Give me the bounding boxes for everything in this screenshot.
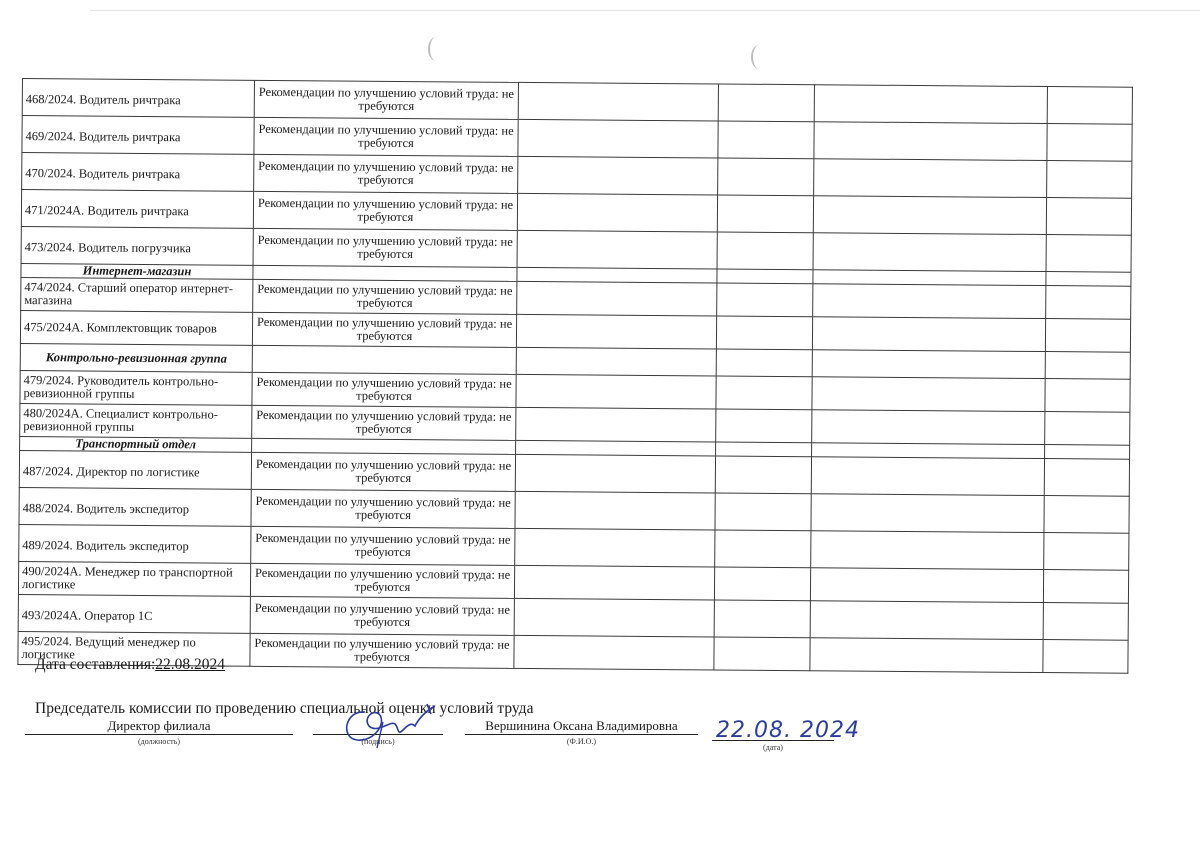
empty-cell [812,317,1045,352]
position-cell: 468/2024. Водитель ричтрака [22,79,254,118]
signature-caption: (подпись) [313,737,443,746]
full-name-caption: (Ф.И.О.) [465,737,698,746]
empty-cell [814,85,1047,124]
recommendation-cell: Рекомендации по улучшению условий труда:… [254,117,518,156]
recommendation-cell: Рекомендации по улучшению условий труда:… [251,489,515,528]
empty-cell [1047,87,1132,125]
empty-cell [516,314,716,349]
empty-cell [515,491,715,530]
empty-cell [1044,496,1129,534]
empty-cell [717,195,813,233]
empty-cell [1046,286,1131,320]
recommendation-cell: Рекомендации по улучшению условий труда:… [254,80,518,119]
position-cell: 487/2024. Директор по логистике [19,450,251,489]
empty-cell [813,196,1046,235]
empty-cell [814,159,1047,198]
empty-cell [810,601,1043,640]
empty-cell [515,454,715,493]
empty-cell [1046,235,1131,273]
empty-cell [515,528,715,567]
recommendation-cell: Рекомендации по улучшению условий труда:… [252,372,516,407]
recommendation-cell: Рекомендации по улучшению условий труда:… [250,596,514,635]
empty-cell [518,119,718,158]
empty-cell [517,267,717,283]
empty-cell [514,635,714,670]
position-cell: 493/2024А. Оператор 1С [18,594,250,633]
position-field: Директор филиала [25,718,293,735]
empty-cell [1043,640,1128,674]
empty-cell [516,347,716,376]
empty-cell [714,567,810,601]
empty-cell [1045,445,1130,460]
empty-cell [716,349,812,377]
empty-cell [714,600,810,638]
position-cell: 474/2024. Старший оператор интернет-мага… [21,277,253,312]
position-cell: 490/2024А. Менеджер по транспортной логи… [18,561,250,596]
empty-cell [516,407,716,442]
empty-cell [716,442,812,457]
empty-cell [812,410,1045,445]
empty-cell [1047,124,1132,162]
full-name-field: Вершинина Оксана Владимировна [465,718,698,735]
empty-cell [716,376,812,410]
position-caption: (должность) [25,737,293,746]
empty-cell [716,409,812,443]
empty-cell [1046,198,1131,236]
empty-cell [1044,459,1129,497]
empty-cell [810,568,1043,603]
empty-cell [1045,319,1130,353]
empty-cell [518,82,718,121]
punch-hole [428,37,444,61]
empty-cell [715,530,811,568]
assessment-table-container: 468/2024. Водитель ричтракаРекомендации … [17,78,1137,674]
commission-chair-label: Председатель комиссии по проведению спец… [35,700,533,718]
empty-cell [811,531,1044,570]
recommendation-cell: Рекомендации по улучшению условий труда:… [252,405,516,440]
position-cell: 480/2024А. Специалист контрольно-ревизио… [20,403,252,438]
position-cell: 488/2024. Водитель экспедитор [19,487,251,526]
handwritten-date: 22.08. 2024 [716,718,860,743]
empty-cell [715,493,811,531]
empty-cell [718,158,814,196]
recommendation-cell: Рекомендации по улучшению условий труда:… [253,279,517,314]
empty-cell [717,232,813,270]
empty-cell [718,84,814,122]
empty-cell [812,377,1045,412]
empty-cell [714,637,810,671]
empty-cell [514,598,714,637]
compilation-date: Дата составления:22.08.2024 [35,656,229,674]
empty-cell [516,440,716,456]
date-value: 22.08.2024 [155,656,225,673]
empty-cell [252,345,516,374]
empty-cell [1043,570,1128,604]
position-cell: 475/2024А. Комплектовщик товаров [20,310,252,345]
position-cell: 489/2024. Водитель экспедитор [19,524,251,563]
empty-cell [514,565,714,600]
assessment-table: 468/2024. Водитель ричтракаРекомендации … [17,78,1133,674]
page-edge [90,10,1200,11]
empty-cell [1046,272,1131,287]
recommendation-cell: Рекомендации по улучшению условий труда:… [251,452,515,491]
empty-cell [811,494,1044,533]
empty-cell [814,122,1047,161]
position-cell: 469/2024. Водитель ричтрака [22,116,254,155]
empty-cell [517,193,717,232]
recommendation-cell: Рекомендации по улучшению условий труда:… [252,312,516,347]
empty-cell [1045,412,1130,446]
empty-cell [1043,603,1128,641]
recommendation-cell: Рекомендации по улучшению условий труда:… [250,563,514,598]
position-cell: 473/2024. Водитель погрузчика [21,226,253,265]
empty-cell [1047,161,1132,199]
empty-cell [1044,533,1129,571]
empty-cell [1045,379,1130,413]
empty-cell [518,156,718,195]
position-cell: 479/2024. Руководитель контрольно-ревизи… [20,370,252,405]
empty-cell [517,281,717,316]
empty-cell [812,350,1045,379]
recommendation-cell: Рекомендации по улучшению условий труда:… [253,191,517,230]
empty-cell [715,456,811,494]
empty-cell [813,284,1046,319]
recommendation-cell: Рекомендации по улучшению условий труда:… [251,526,515,565]
empty-cell [516,374,716,409]
date-caption: (дата) [712,743,834,752]
punch-hole [751,45,767,69]
empty-cell [517,230,717,269]
recommendation-cell: Рекомендации по улучшению условий труда:… [253,228,517,267]
empty-cell [811,457,1044,496]
empty-cell [718,121,814,159]
empty-cell [1045,352,1130,380]
recommendation-cell: Рекомендации по улучшению условий труда:… [254,154,518,193]
date-label: Дата составления: [35,656,155,673]
recommendation-cell: Рекомендации по улучшению условий труда:… [250,633,514,668]
position-cell: 471/2024А. Водитель ричтрака [21,190,253,229]
position-cell: 470/2024. Водитель ричтрака [22,153,254,192]
empty-cell [813,233,1046,272]
empty-cell [716,316,812,350]
empty-cell [717,269,813,284]
empty-cell [810,638,1043,673]
empty-cell [717,283,813,317]
section-title: Контрольно-ревизионная группа [20,343,252,372]
